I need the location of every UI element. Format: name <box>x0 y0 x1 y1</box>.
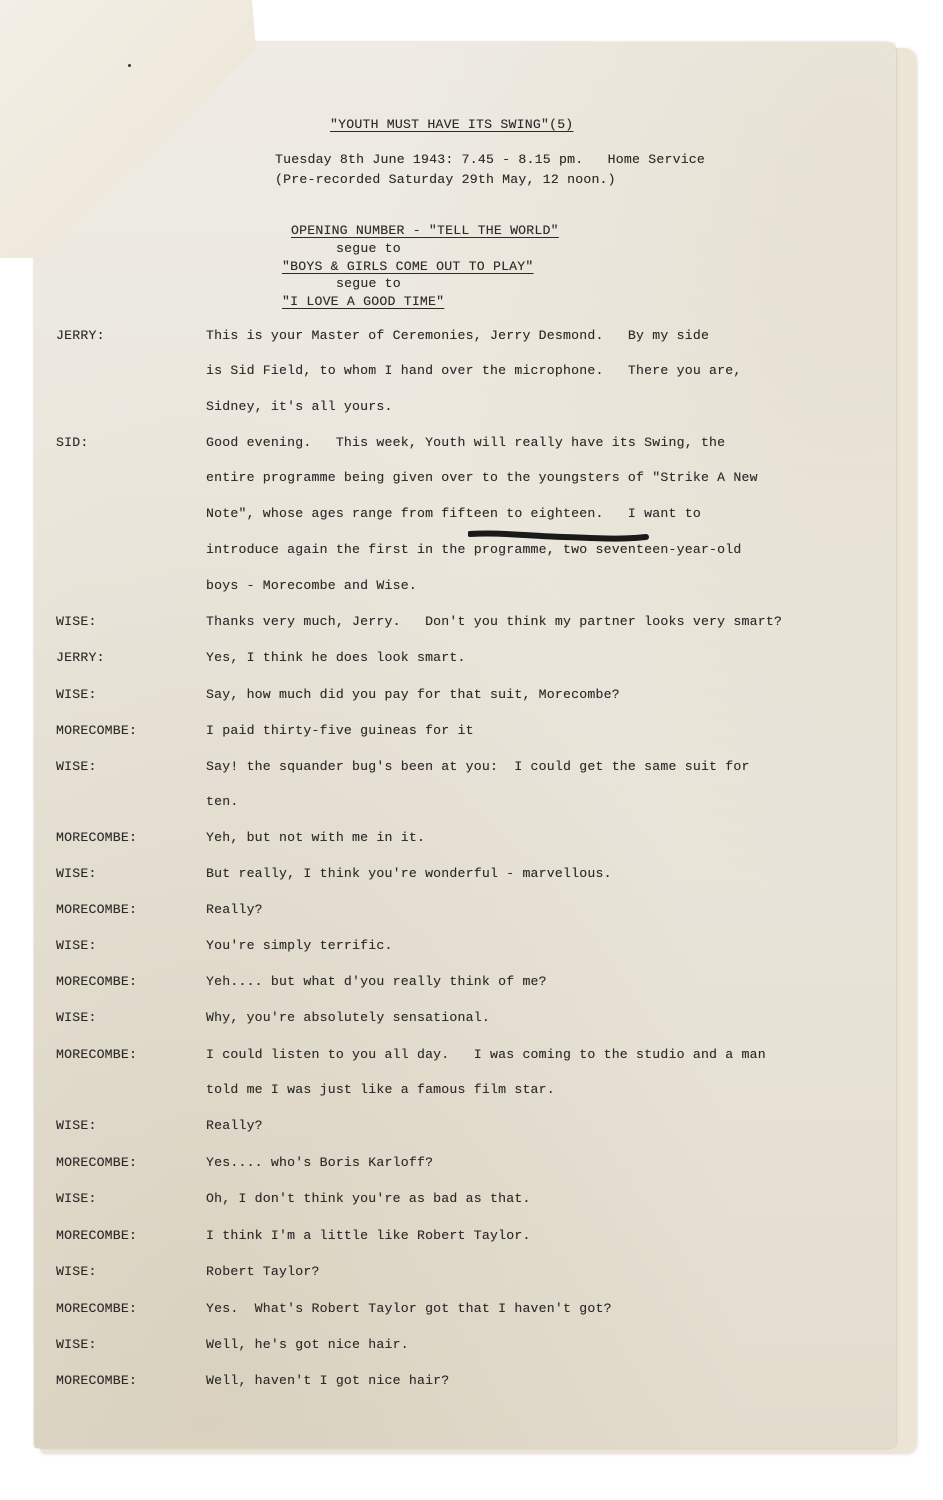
speaker-name: WISE: <box>56 1191 97 1206</box>
speech-text: told me I was just like a famous film st… <box>206 1082 555 1097</box>
speech-text: But really, I think you're wonderful - m… <box>206 866 612 881</box>
script-line: WISE:Well, he's got nice hair. <box>0 1337 943 1359</box>
script-line: ten. <box>0 794 943 816</box>
speech-text: I think I'm a little like Robert Taylor. <box>206 1228 531 1243</box>
script-line: Note", whose ages range from fifteen to … <box>0 506 943 528</box>
script-line: entire programme being given over to the… <box>0 470 943 492</box>
speech-text: introduce again the first in the program… <box>206 542 742 557</box>
prerecording-details: (Pre-recorded Saturday 29th May, 12 noon… <box>275 172 616 187</box>
third-number: "I LOVE A GOOD TIME" <box>282 294 444 309</box>
script-line: SID:Good evening. This week, Youth will … <box>0 435 943 457</box>
script-line: MORECOMBE:Yes.... who's Boris Karloff? <box>0 1155 943 1177</box>
speaker-name: WISE: <box>56 614 97 629</box>
script-line: JERRY:This is your Master of Ceremonies,… <box>0 328 943 350</box>
script-line: MORECOMBE:I paid thirty-five guineas for… <box>0 723 943 745</box>
script-line: WISE:Say! the squander bug's been at you… <box>0 759 943 781</box>
speaker-name: MORECOMBE: <box>56 1301 137 1316</box>
speech-text: entire programme being given over to the… <box>206 470 758 485</box>
speaker-name: WISE: <box>56 687 97 702</box>
speaker-name: MORECOMBE: <box>56 1228 137 1243</box>
script-line: MORECOMBE:Yes. What's Robert Taylor got … <box>0 1301 943 1323</box>
speech-text: Yes, I think he does look smart. <box>206 650 466 665</box>
script-line: WISE:Why, you're absolutely sensational. <box>0 1010 943 1032</box>
speaker-name: WISE: <box>56 866 97 881</box>
speaker-name: MORECOMBE: <box>56 902 137 917</box>
script-line: WISE:You're simply terrific. <box>0 938 943 960</box>
speaker-name: MORECOMBE: <box>56 830 137 845</box>
speaker-name: WISE: <box>56 1337 97 1352</box>
broadcast-details: Tuesday 8th June 1943: 7.45 - 8.15 pm. H… <box>275 152 705 167</box>
speech-text: Really? <box>206 902 263 917</box>
speech-text: Yeh, but not with me in it. <box>206 830 425 845</box>
speaker-name: MORECOMBE: <box>56 1047 137 1062</box>
speech-text: Say! the squander bug's been at you: I c… <box>206 759 750 774</box>
speech-text: ten. <box>206 794 238 809</box>
speaker-name: MORECOMBE: <box>56 1373 137 1388</box>
speech-text: Thanks very much, Jerry. Don't you think… <box>206 614 782 629</box>
speech-text: Note", whose ages range from fifteen to … <box>206 506 701 521</box>
opening-number: OPENING NUMBER - "TELL THE WORLD" <box>291 223 559 238</box>
script-line: WISE:Robert Taylor? <box>0 1264 943 1286</box>
script-line: is Sid Field, to whom I hand over the mi… <box>0 363 943 385</box>
speaker-name: JERRY: <box>56 328 105 343</box>
script-line: WISE:But really, I think you're wonderfu… <box>0 866 943 888</box>
speech-text: Yeh.... but what d'you really think of m… <box>206 974 547 989</box>
speech-text: I could listen to you all day. I was com… <box>206 1047 766 1062</box>
speech-text: Yes. What's Robert Taylor got that I hav… <box>206 1301 612 1316</box>
speaker-name: SID: <box>56 435 88 450</box>
speaker-name: MORECOMBE: <box>56 974 137 989</box>
speech-text: I paid thirty-five guineas for it <box>206 723 474 738</box>
speech-text: Oh, I don't think you're as bad as that. <box>206 1191 531 1206</box>
script-line: WISE:Oh, I don't think you're as bad as … <box>0 1191 943 1213</box>
speaker-name: JERRY: <box>56 650 105 665</box>
script-line: MORECOMBE:I think I'm a little like Robe… <box>0 1228 943 1250</box>
script-line: MORECOMBE:Yeh, but not with me in it. <box>0 830 943 852</box>
script-line: WISE:Say, how much did you pay for that … <box>0 687 943 709</box>
speaker-name: MORECOMBE: <box>56 723 137 738</box>
script-line: MORECOMBE:Yeh.... but what d'you really … <box>0 974 943 996</box>
script-line: MORECOMBE:Well, haven't I got nice hair? <box>0 1373 943 1395</box>
script-line: boys - Morecombe and Wise. <box>0 578 943 600</box>
speech-text: Good evening. This week, Youth will real… <box>206 435 725 450</box>
speaker-name: WISE: <box>56 1010 97 1025</box>
script-line: MORECOMBE:I could listen to you all day.… <box>0 1047 943 1069</box>
second-number: "BOYS & GIRLS COME OUT TO PLAY" <box>282 259 534 274</box>
script-line: Sidney, it's all yours. <box>0 399 943 421</box>
speech-text: Yes.... who's Boris Karloff? <box>206 1155 433 1170</box>
script-line: WISE:Really? <box>0 1118 943 1140</box>
script-line: MORECOMBE:Really? <box>0 902 943 924</box>
speech-text: Sidney, it's all yours. <box>206 399 393 414</box>
speech-text: Really? <box>206 1118 263 1133</box>
speaker-name: WISE: <box>56 759 97 774</box>
script-line: introduce again the first in the program… <box>0 542 943 564</box>
segue-label: segue to <box>336 241 401 256</box>
speech-text: Why, you're absolutely sensational. <box>206 1010 490 1025</box>
speaker-name: MORECOMBE: <box>56 1155 137 1170</box>
script-line: WISE:Thanks very much, Jerry. Don't you … <box>0 614 943 636</box>
script-title: "YOUTH MUST HAVE ITS SWING"(5) <box>330 117 573 132</box>
pen-underline-mark <box>468 529 652 543</box>
speaker-name: WISE: <box>56 1118 97 1133</box>
speech-text: Say, how much did you pay for that suit,… <box>206 687 620 702</box>
segue-label: segue to <box>336 276 401 291</box>
script-line: told me I was just like a famous film st… <box>0 1082 943 1104</box>
speech-text: Well, haven't I got nice hair? <box>206 1373 449 1388</box>
speech-text: is Sid Field, to whom I hand over the mi… <box>206 363 742 378</box>
speech-text: boys - Morecombe and Wise. <box>206 578 417 593</box>
speech-text: Robert Taylor? <box>206 1264 320 1279</box>
speech-text: Well, he's got nice hair. <box>206 1337 409 1352</box>
script-line: JERRY:Yes, I think he does look smart. <box>0 650 943 672</box>
speech-text: You're simply terrific. <box>206 938 393 953</box>
speaker-name: WISE: <box>56 938 97 953</box>
paper-speck <box>128 64 131 67</box>
speaker-name: WISE: <box>56 1264 97 1279</box>
speech-text: This is your Master of Ceremonies, Jerry… <box>206 328 709 343</box>
